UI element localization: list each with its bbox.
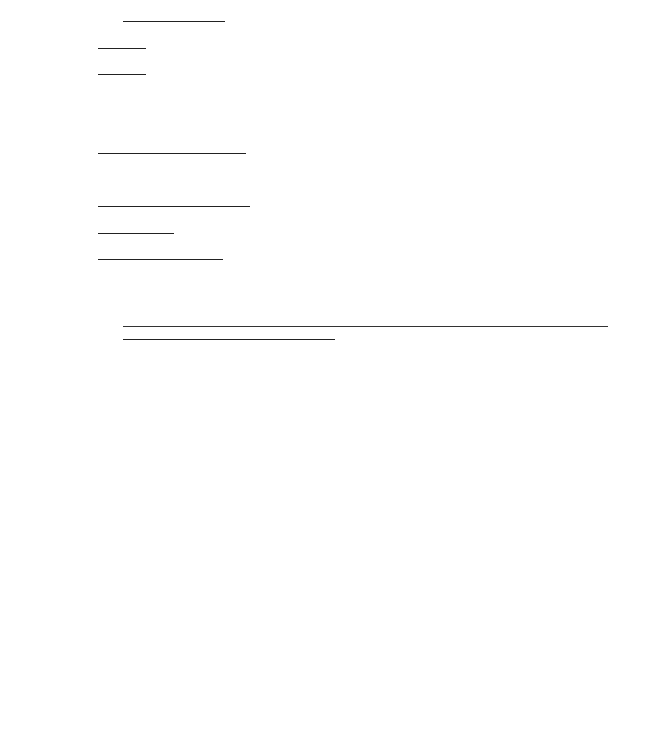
q14-line-2 <box>98 33 146 53</box>
answer-blank[interactable] <box>172 138 246 154</box>
answer-blank[interactable] <box>123 6 171 22</box>
q15-line-5 <box>98 218 174 238</box>
answer-blank[interactable] <box>98 138 172 154</box>
answer-blank[interactable] <box>98 244 223 260</box>
q14-line-3 <box>98 59 146 79</box>
answer-rule-16-2[interactable] <box>123 326 608 327</box>
answer-blank[interactable] <box>98 191 174 207</box>
q15-line-6 <box>98 244 223 264</box>
answer-line-q16-part2[interactable] <box>123 327 608 328</box>
answer-blank[interactable] <box>98 33 146 49</box>
answer-blank[interactable] <box>98 218 174 234</box>
q15-line-2 <box>98 138 246 158</box>
answer-blank[interactable] <box>171 6 225 22</box>
answer-blank[interactable] <box>174 191 250 207</box>
answer-blank[interactable] <box>98 59 146 75</box>
q14-line-1 <box>123 6 225 26</box>
q15-line-4 <box>98 191 250 211</box>
